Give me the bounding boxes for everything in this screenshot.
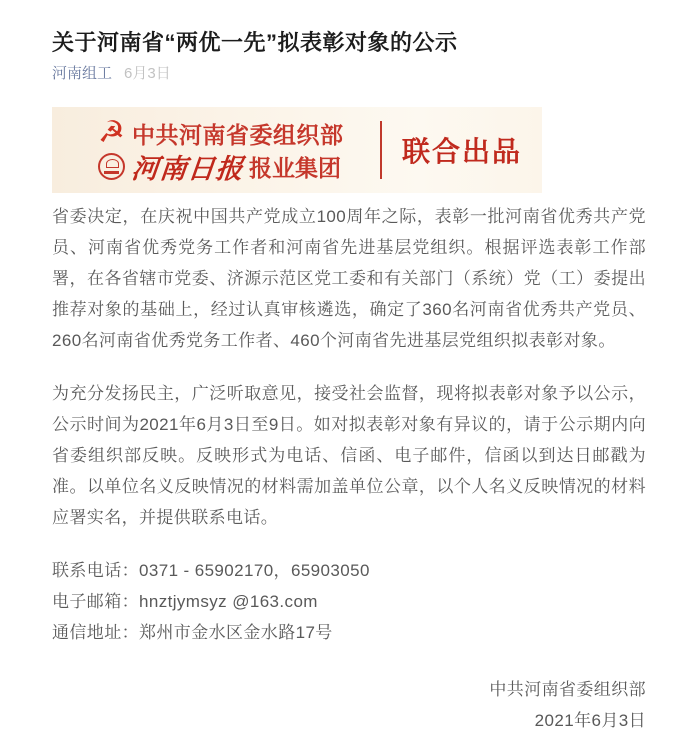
byline: 河南组工6月3日 [52, 66, 644, 82]
contact-address: 通信地址：郑州市金水区金水路17号 [52, 617, 646, 648]
party-emblem-icon: ☭ [98, 118, 132, 148]
publish-date: 6月3日 [124, 65, 171, 82]
article-body: 省委决定，在庆祝中国共产党成立100周年之际，表彰一批河南省优秀共产党员、河南省… [52, 201, 646, 730]
contact-address-value: 郑州市金水区金水路17号 [139, 623, 333, 642]
paragraph-2: 为充分发扬民主，广泛听取意见，接受社会监督，现将拟表彰对象予以公示，公示时间为2… [52, 378, 646, 533]
joint-production-label: 联合出品 [382, 130, 542, 170]
article-page: 关于河南省“两优一先”拟表彰对象的公示 河南组工6月3日 ☭ 中共河南省委组织部… [0, 0, 692, 730]
banner-org-name: 中共河南省委组织部 [132, 117, 344, 150]
contact-email: 电子邮箱：hnztjymsyz @163.com [52, 586, 646, 617]
newspaper-name: 河南日报 [130, 147, 246, 186]
author-link[interactable]: 河南组工 [52, 65, 112, 82]
banner-image: ☭ 中共河南省委组织部 河南日报 报业集团 联合出品 [52, 107, 542, 193]
banner-row-newspaper: 河南日报 报业集团 [98, 150, 330, 183]
contact-email-label: 电子邮箱： [52, 592, 139, 611]
contact-address-label: 通信地址： [52, 623, 139, 642]
contact-email-value: hnztjymsyz @163.com [139, 592, 318, 611]
contact-phone-value: 0371 - 65902170，65903050 [139, 561, 370, 580]
contact-phone-label: 联系电话： [52, 561, 139, 580]
signature-org: 中共河南省委组织部 [52, 674, 646, 705]
banner-org-block: ☭ 中共河南省委组织部 河南日报 报业集团 [98, 117, 330, 183]
signature-date: 2021年6月3日 [52, 705, 646, 730]
newspaper-logo-icon [98, 153, 125, 180]
paragraph-1: 省委决定，在庆祝中国共产党成立100周年之际，表彰一批河南省优秀共产党员、河南省… [52, 201, 646, 356]
contact-phone: 联系电话：0371 - 65902170，65903050 [52, 555, 646, 586]
page-title: 关于河南省“两优一先”拟表彰对象的公示 [52, 28, 644, 58]
banner-row-org: ☭ 中共河南省委组织部 [98, 117, 330, 150]
signature-block: 中共河南省委组织部 2021年6月3日 [52, 674, 646, 730]
newspaper-suffix: 报业集团 [249, 150, 341, 183]
contact-info: 联系电话：0371 - 65902170，65903050 电子邮箱：hnztj… [52, 555, 646, 648]
